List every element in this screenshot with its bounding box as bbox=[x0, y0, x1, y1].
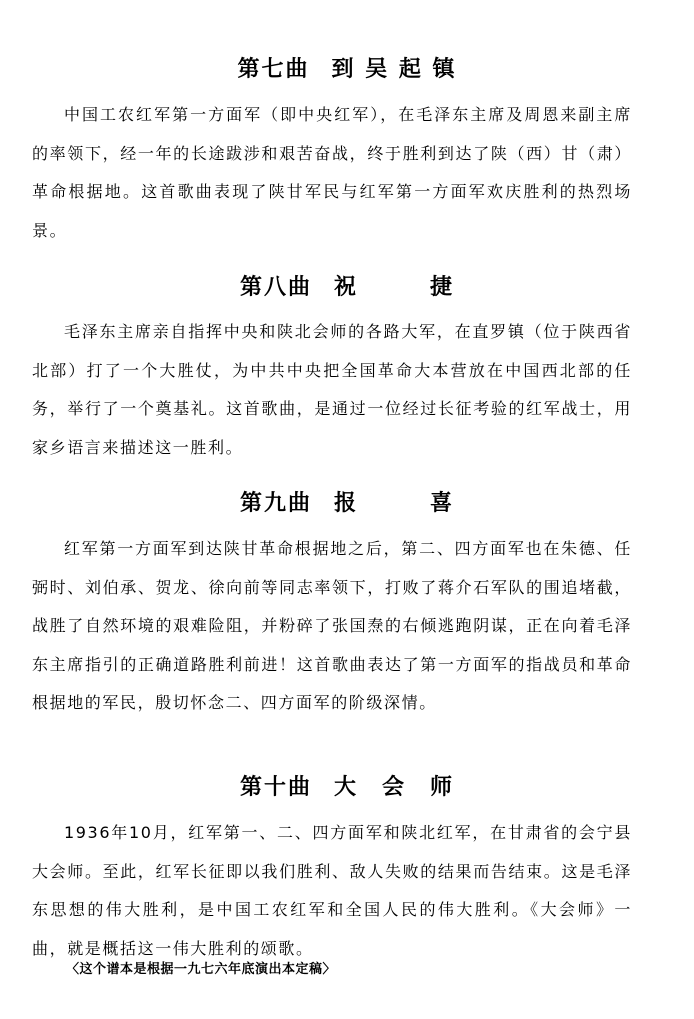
footnote: 〈这个谱本是根据一九七六年底演出本定稿〉 bbox=[66, 958, 336, 977]
section-name: 到 吴 起 镇 bbox=[332, 57, 457, 82]
paragraph-text: 红军第一方面军到达陕甘革命根据地之后，第二、四方面军也在朱德、任弼时、刘伯承、贺… bbox=[32, 530, 632, 723]
section-number: 第九曲 bbox=[240, 491, 312, 516]
section-number: 第七曲 bbox=[238, 57, 310, 82]
section-title: 第十曲大 会 师 bbox=[0, 770, 694, 801]
section-paragraph: 毛泽东主席亲自指挥中央和陕北会师的各路大军，在直罗镇（位于陕西省北部）打了一个大… bbox=[32, 313, 632, 467]
section-paragraph: 1936年10月，红军第一、二、四方面军和陕北红军，在甘肃省的会宁县大会师。至此… bbox=[32, 814, 632, 968]
section-name: 报 喜 bbox=[334, 491, 454, 516]
section-number: 第八曲 bbox=[240, 275, 312, 300]
section-title: 第九曲报 喜 bbox=[0, 486, 694, 517]
section-title: 第七曲到 吴 起 镇 bbox=[0, 52, 694, 83]
section-paragraph: 中国工农红军第一方面军（即中央红军），在毛泽东主席及周恩来副主席的率领下，经一年… bbox=[32, 96, 632, 250]
section-paragraph: 红军第一方面军到达陕甘革命根据地之后，第二、四方面军也在朱德、任弼时、刘伯承、贺… bbox=[32, 530, 632, 723]
section-name: 大 会 师 bbox=[334, 775, 454, 800]
paragraph-text: 中国工农红军第一方面军（即中央红军），在毛泽东主席及周恩来副主席的率领下，经一年… bbox=[32, 96, 632, 250]
section-title: 第八曲祝 捷 bbox=[0, 270, 694, 301]
section-name: 祝 捷 bbox=[334, 275, 454, 300]
paragraph-text: 1936年10月，红军第一、二、四方面军和陕北红军，在甘肃省的会宁县大会师。至此… bbox=[32, 814, 632, 968]
paragraph-text: 毛泽东主席亲自指挥中央和陕北会师的各路大军，在直罗镇（位于陕西省北部）打了一个大… bbox=[32, 313, 632, 467]
section-number: 第十曲 bbox=[240, 775, 312, 800]
